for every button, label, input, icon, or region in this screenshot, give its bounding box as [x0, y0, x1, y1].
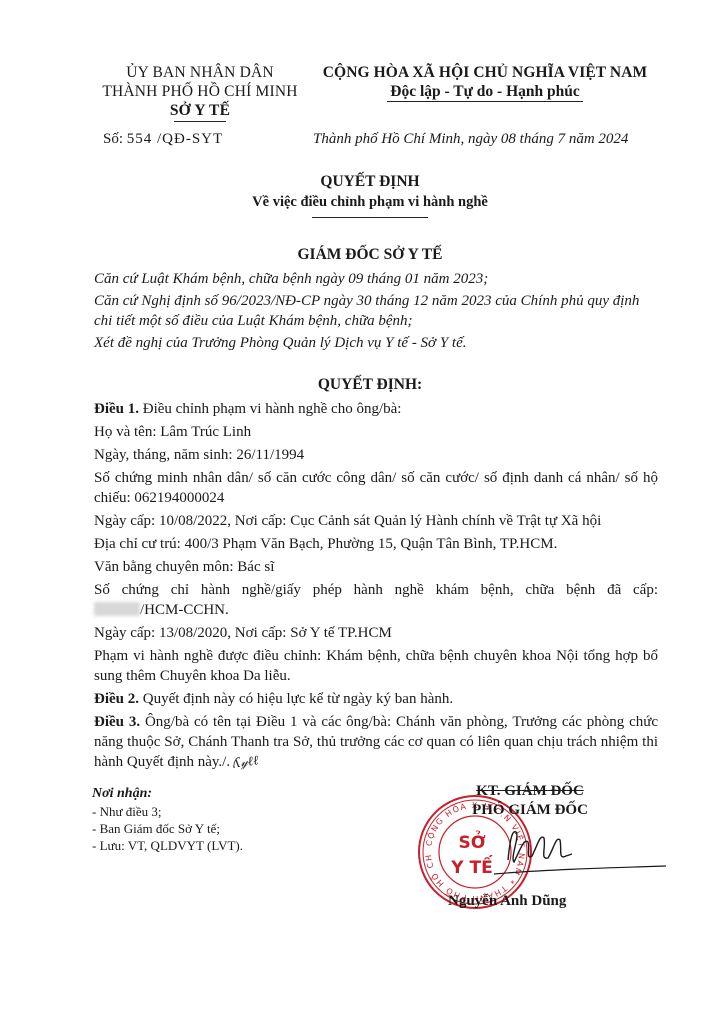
- field-address: Địa chỉ cư trú: 400/3 Phạm Văn Bạch, Phư…: [94, 534, 658, 554]
- department-underline: [174, 121, 226, 122]
- field-practice-scope: Phạm vi hành nghề được điều chỉnh: Khám …: [94, 646, 658, 686]
- signature-line-1: KT. GIÁM ĐỐC: [430, 782, 630, 801]
- field-date-of-birth: Ngày, tháng, năm sinh: 26/11/1994: [94, 445, 658, 465]
- issuing-authority: GIÁM ĐỐC SỞ Y TẾ: [80, 246, 660, 264]
- article-1-label: Điều 1.: [94, 401, 139, 417]
- basis-item: Căn cứ Nghị định số 96/2023/NĐ-CP ngày 3…: [94, 291, 660, 332]
- recipient-item: - Ban Giám đốc Sở Y tế;: [92, 820, 243, 837]
- article-2-label: Điều 2.: [94, 691, 139, 707]
- national-header-block: CỘNG HÒA XÃ HỘI CHỦ NGHĨA VIỆT NAM Độc l…: [305, 63, 665, 102]
- signature-line-2: PHÓ GIÁM ĐỐC: [430, 801, 630, 820]
- redacted-license-number: [94, 602, 140, 616]
- document-number-value: 554 /QĐ-SYT: [127, 131, 223, 147]
- document-number-label: Số:: [103, 131, 123, 147]
- agency-line-1: ỦY BAN NHÂN DÂN: [85, 63, 315, 82]
- title-underline: [312, 217, 428, 218]
- field-degree: Văn bằng chuyên môn: Bác sĩ: [94, 557, 658, 577]
- place-and-date: Thành phố Hồ Chí Minh, ngày 08 tháng 7 n…: [313, 131, 628, 148]
- document-subject: Về việc điều chỉnh phạm vi hành nghề: [80, 192, 660, 212]
- national-motto: Độc lập - Tự do - Hạnh phúc: [305, 82, 665, 101]
- signature-title-block: KT. GIÁM ĐỐC PHÓ GIÁM ĐỐC: [430, 782, 630, 820]
- seal-center-line-2: Y TẾ: [450, 854, 493, 878]
- recipient-item: - Lưu: VT, QLDVYT (LVT).: [92, 837, 243, 854]
- field-license-number: Số chứng chỉ hành nghề/giấy phép hành ng…: [94, 580, 658, 620]
- basis-item: Căn cứ Luật Khám bệnh, chữa bệnh ngày 09…: [94, 269, 660, 290]
- handwritten-signature-icon: [490, 820, 670, 880]
- department-name: SỞ Y TẾ: [85, 101, 315, 120]
- document-title-block: QUYẾT ĐỊNH Về việc điều chỉnh phạm vi hà…: [80, 172, 660, 218]
- recipients-label: Nơi nhận:: [92, 785, 243, 802]
- recipients-block: Nơi nhận: - Như điều 3; - Ban Giám đốc S…: [92, 785, 243, 854]
- field-id-number: Số chứng minh nhân dân/ số căn cước công…: [94, 468, 658, 508]
- legal-basis: Căn cứ Luật Khám bệnh, chữa bệnh ngày 09…: [94, 269, 660, 354]
- issuing-agency-block: ỦY BAN NHÂN DÂN THÀNH PHỐ HỒ CHÍ MINH SỞ…: [85, 63, 315, 122]
- initials-mark-icon: ʎ𝓎ℓℓ: [232, 751, 260, 774]
- agency-line-2: THÀNH PHỐ HỒ CHÍ MINH: [85, 82, 315, 101]
- article-2: Điều 2. Quyết định này có hiệu lực kể từ…: [94, 689, 658, 709]
- nation-name: CỘNG HÒA XÃ HỘI CHỦ NGHĨA VIỆT NAM: [305, 63, 665, 82]
- recipient-item: - Như điều 3;: [92, 803, 243, 820]
- decision-heading: QUYẾT ĐỊNH:: [80, 376, 660, 394]
- document-number: Số: 554 /QĐ-SYT: [103, 131, 223, 148]
- field-license-issue: Ngày cấp: 13/08/2020, Nơi cấp: Sở Y tế T…: [94, 623, 658, 643]
- article-3-label: Điều 3.: [94, 714, 140, 730]
- field-id-issue: Ngày cấp: 10/08/2022, Nơi cấp: Cục Cảnh …: [94, 511, 658, 531]
- signer-name: Nguyễn Anh Dũng: [448, 893, 566, 910]
- seal-center-line-1: SỞ: [458, 829, 485, 853]
- decision-body: Điều 1. Điều chỉnh phạm vi hành nghề cho…: [94, 399, 658, 776]
- field-full-name: Họ và tên: Lâm Trúc Linh: [94, 422, 658, 442]
- basis-item: Xét đề nghị của Trưởng Phòng Quản lý Dịc…: [94, 333, 660, 354]
- motto-underline: [387, 101, 583, 102]
- article-3: Điều 3. Ông/bà có tên tại Điều 1 và các …: [94, 712, 658, 773]
- document-title: QUYẾT ĐỊNH: [80, 172, 660, 192]
- article-1-intro: Điều 1. Điều chỉnh phạm vi hành nghề cho…: [94, 399, 658, 419]
